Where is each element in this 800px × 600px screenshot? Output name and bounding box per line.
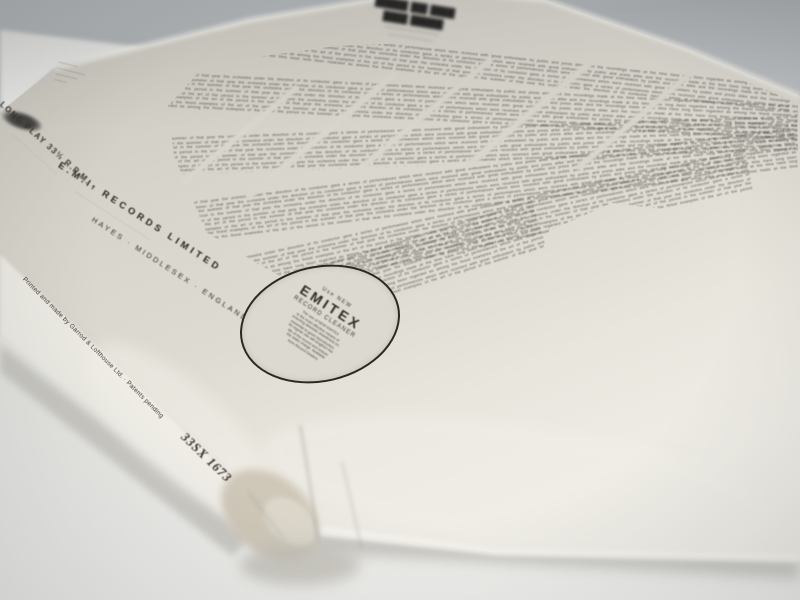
corner-smudge: [240, 545, 360, 585]
photo-of-record-sleeve-back: in the summer of that year the orchestra…: [0, 0, 800, 600]
